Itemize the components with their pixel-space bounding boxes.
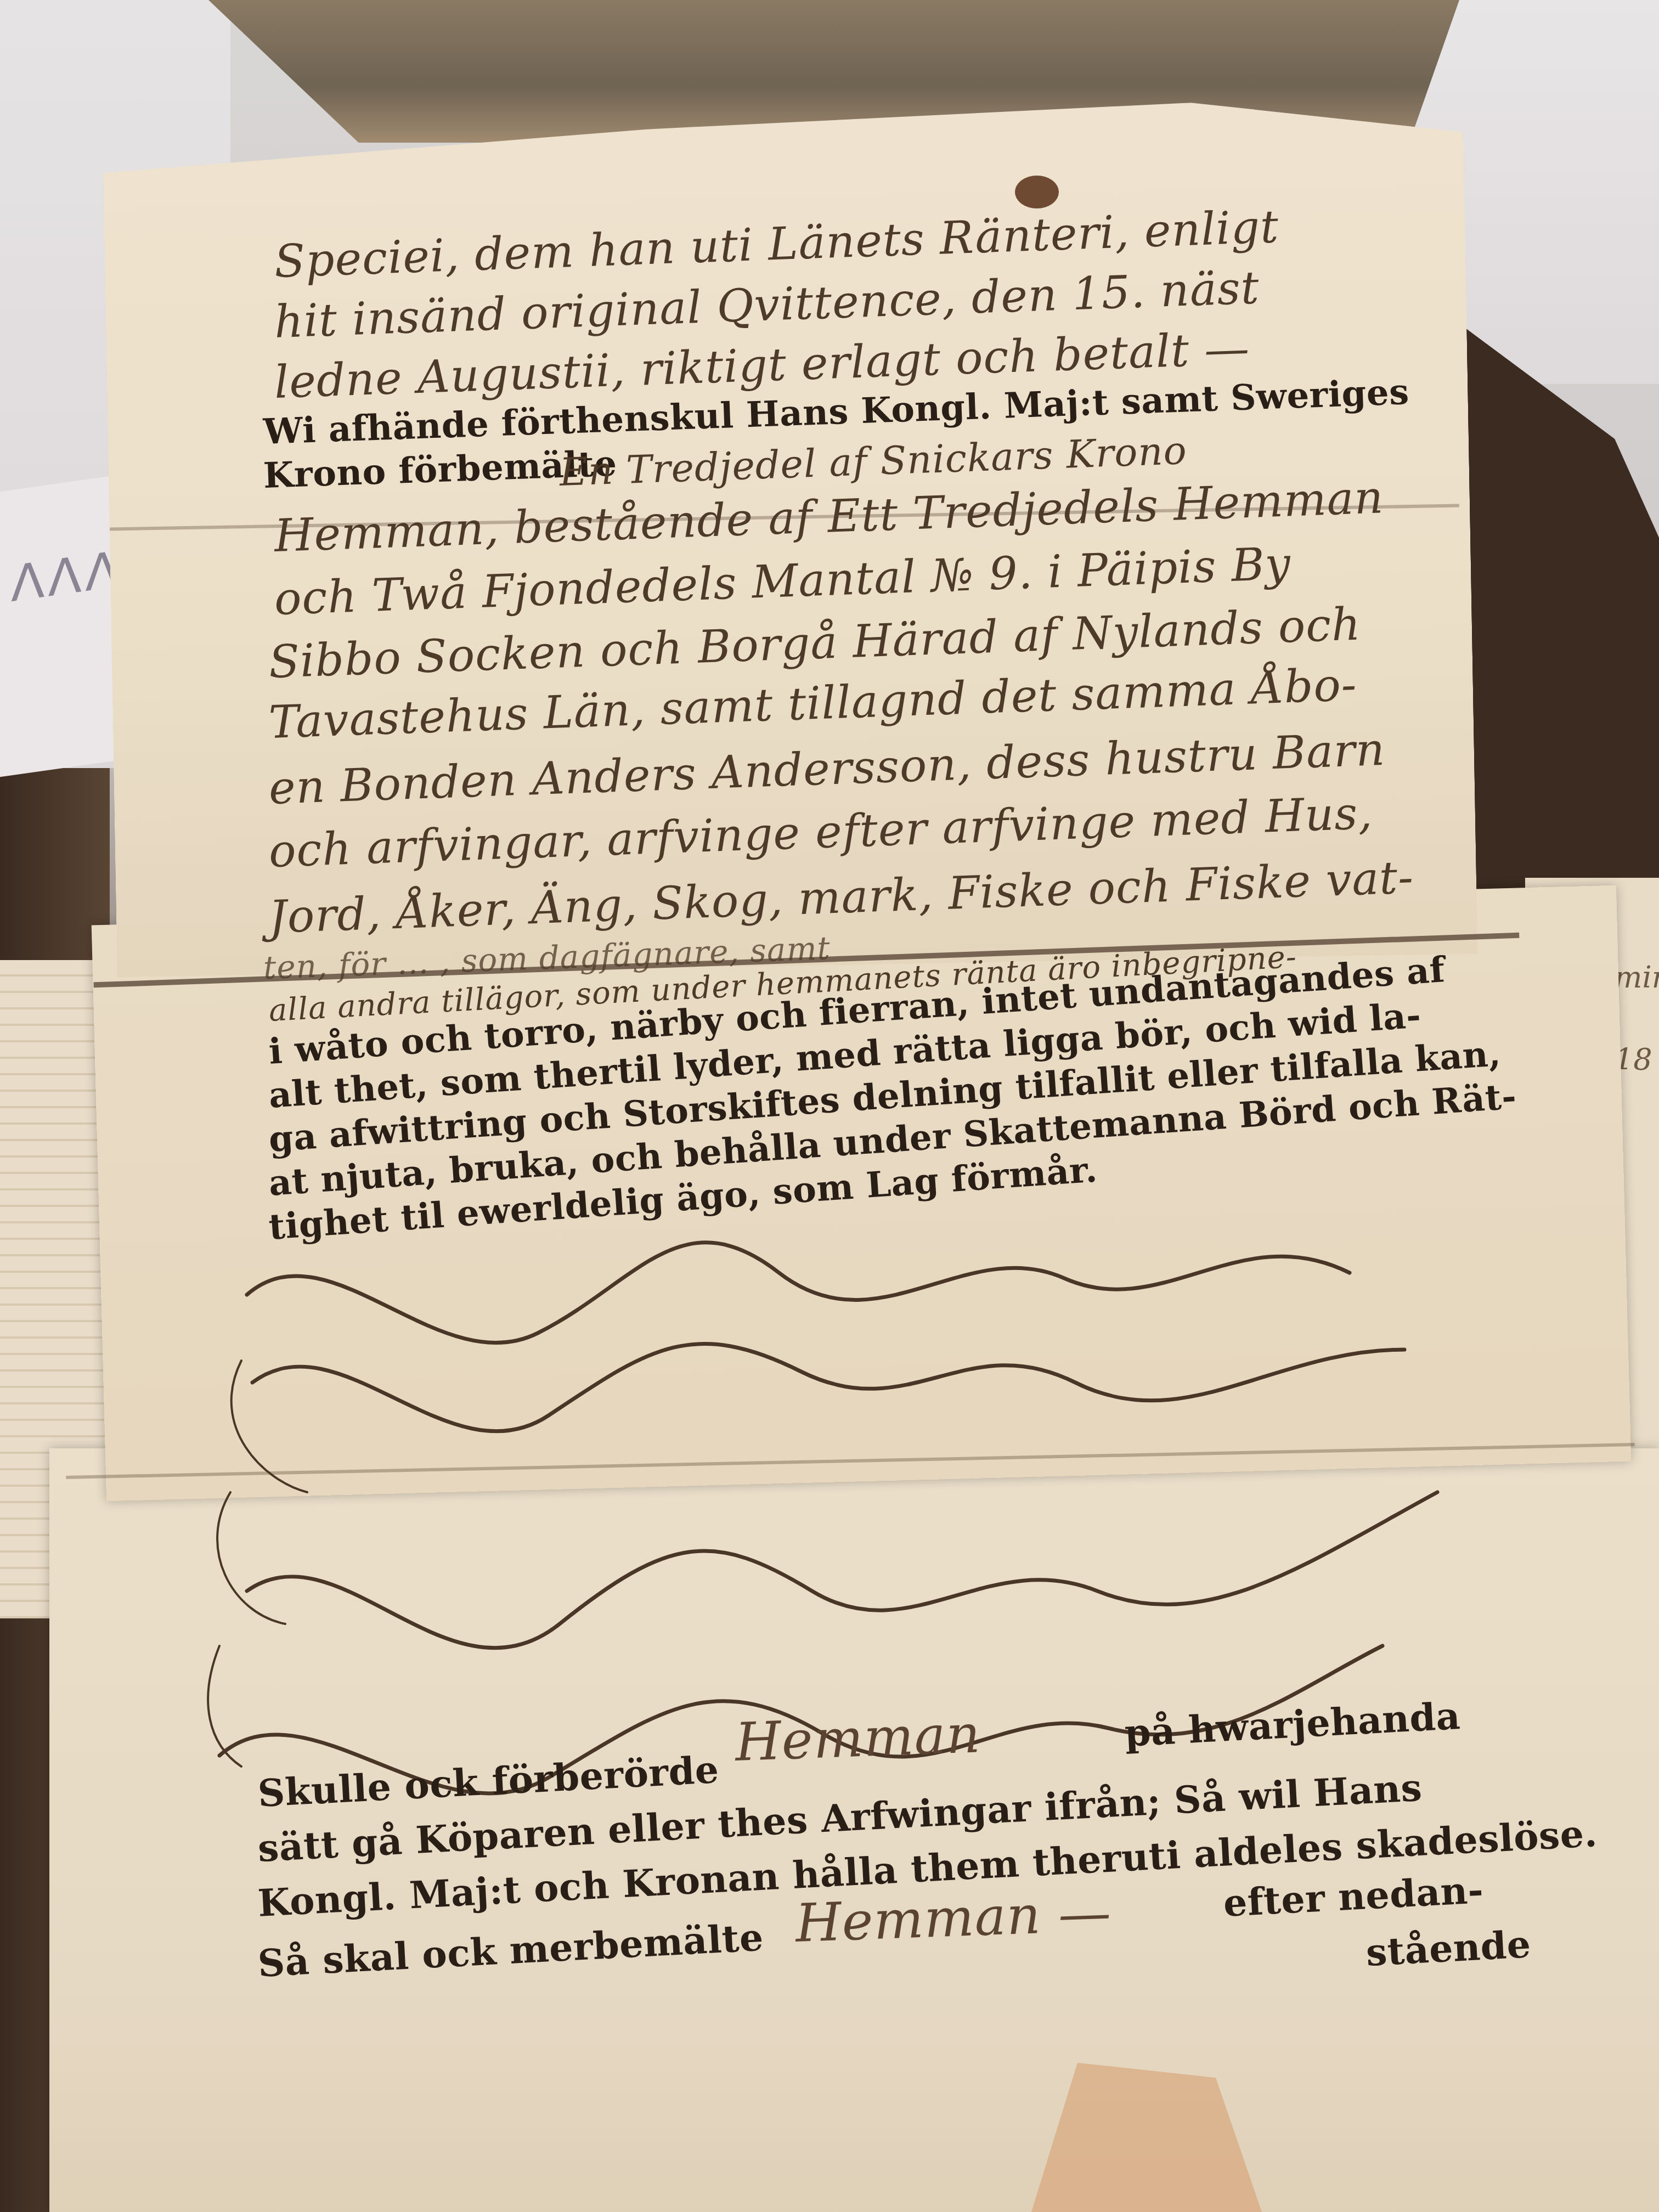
card-scribble: ΛΛΛ <box>11 540 122 613</box>
printed-line: stående <box>1365 1922 1532 1975</box>
white-card: ΛΛΛ <box>0 474 126 777</box>
ink-stain <box>1015 176 1059 208</box>
handwritten-insert: Hemman <box>734 1703 981 1773</box>
handwritten-insert: Hemman — <box>794 1882 1113 1954</box>
